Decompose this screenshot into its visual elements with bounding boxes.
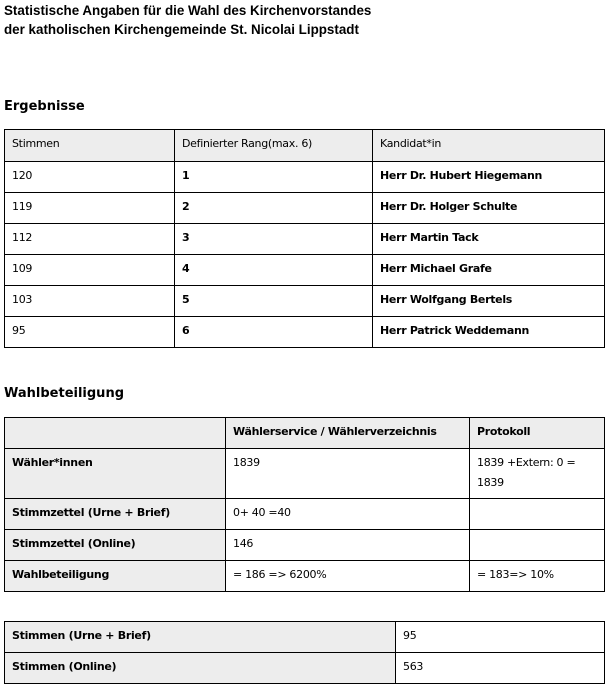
rank-cell: 4: [175, 255, 373, 286]
candidate-cell: Herr Dr. Holger Schulte: [373, 193, 605, 224]
rank-cell: 6: [175, 317, 373, 348]
table-row: Stimmen (Urne + Brief) 95: [5, 622, 605, 653]
column-header-service: Wählerservice / Wählerverzeichnis: [226, 418, 470, 449]
column-header-rank: Definierter Rang(max. 6): [175, 130, 373, 162]
rank-cell: 5: [175, 286, 373, 317]
votes-table: Stimmen (Urne + Brief) 95 Stimmen (Onlin…: [4, 621, 605, 684]
value-cell: 95: [396, 622, 605, 653]
results-heading: Ergebnisse: [4, 99, 85, 115]
protocol-cell: [470, 530, 605, 561]
column-header-empty: [5, 418, 226, 449]
protocol-cell: [470, 499, 605, 530]
row-label: Stimmzettel (Urne + Brief): [5, 499, 226, 530]
votes-cell: 119: [5, 193, 175, 224]
table-row: Stimmzettel (Online) 146: [5, 530, 605, 561]
service-cell: = 186 => 6200%: [226, 561, 470, 592]
row-label: Wähler*innen: [5, 449, 226, 499]
value-cell: 563: [396, 653, 605, 684]
candidate-cell: Herr Wolfgang Bertels: [373, 286, 605, 317]
votes-cell: 120: [5, 162, 175, 193]
protocol-cell: = 183=> 10%: [470, 561, 605, 592]
candidate-cell: Herr Patrick Weddemann: [373, 317, 605, 348]
table-header-row: Stimmen Definierter Rang(max. 6) Kandida…: [5, 130, 605, 162]
table-row: 120 1 Herr Dr. Hubert Hiegemann: [5, 162, 605, 193]
table-row: Wähler*innen 1839 1839 +Extern: 0 = 1839: [5, 449, 605, 499]
votes-cell: 103: [5, 286, 175, 317]
votes-cell: 109: [5, 255, 175, 286]
rank-cell: 3: [175, 224, 373, 255]
protocol-cell: 1839 +Extern: 0 = 1839: [470, 449, 605, 499]
service-cell: 0+ 40 =40: [226, 499, 470, 530]
table-row: 112 3 Herr Martin Tack: [5, 224, 605, 255]
turnout-heading: Wahlbeteiligung: [4, 386, 124, 402]
column-header-protocol: Protokoll: [470, 418, 605, 449]
document-title: Statistische Angaben für die Wahl des Ki…: [4, 1, 371, 39]
candidate-cell: Herr Michael Grafe: [373, 255, 605, 286]
votes-cell: 95: [5, 317, 175, 348]
table-row: 95 6 Herr Patrick Weddemann: [5, 317, 605, 348]
table-row: 119 2 Herr Dr. Holger Schulte: [5, 193, 605, 224]
title-line-1: Statistische Angaben für die Wahl des Ki…: [4, 1, 371, 20]
row-label: Wahlbeteiligung: [5, 561, 226, 592]
rank-cell: 1: [175, 162, 373, 193]
table-row: 103 5 Herr Wolfgang Bertels: [5, 286, 605, 317]
candidate-cell: Herr Martin Tack: [373, 224, 605, 255]
results-table: Stimmen Definierter Rang(max. 6) Kandida…: [4, 129, 605, 348]
row-label: Stimmzettel (Online): [5, 530, 226, 561]
table-row: 109 4 Herr Michael Grafe: [5, 255, 605, 286]
column-header-candidate: Kandidat*in: [373, 130, 605, 162]
service-cell: 1839: [226, 449, 470, 499]
table-row: Wahlbeteiligung = 186 => 6200% = 183=> 1…: [5, 561, 605, 592]
turnout-table: Wählerservice / Wählerverzeichnis Protok…: [4, 417, 605, 592]
table-row: Stimmen (Online) 563: [5, 653, 605, 684]
rank-cell: 2: [175, 193, 373, 224]
row-label: Stimmen (Urne + Brief): [5, 622, 396, 653]
table-header-row: Wählerservice / Wählerverzeichnis Protok…: [5, 418, 605, 449]
table-row: Stimmzettel (Urne + Brief) 0+ 40 =40: [5, 499, 605, 530]
column-header-votes: Stimmen: [5, 130, 175, 162]
votes-cell: 112: [5, 224, 175, 255]
service-cell: 146: [226, 530, 470, 561]
title-line-2: der katholischen Kirchengemeinde St. Nic…: [4, 20, 371, 39]
candidate-cell: Herr Dr. Hubert Hiegemann: [373, 162, 605, 193]
row-label: Stimmen (Online): [5, 653, 396, 684]
